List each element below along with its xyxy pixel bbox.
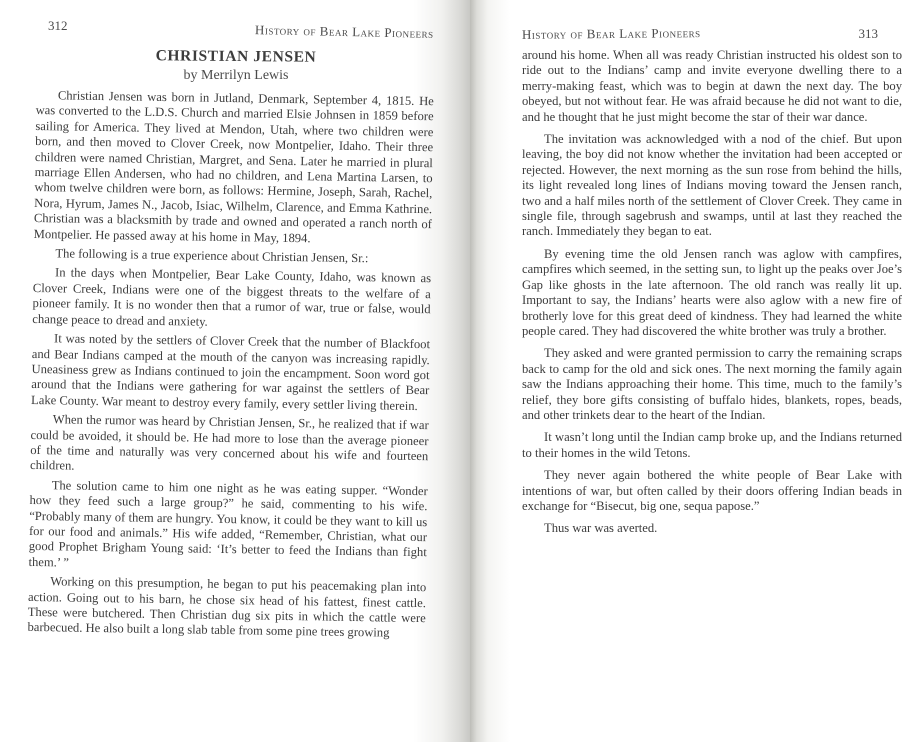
book-spread: 312 History of Bear Lake Pioneers CHRIST… [0, 0, 919, 742]
paragraph: It wasn’t long until the Indian camp bro… [522, 430, 902, 461]
running-title-left: History of Bear Lake Pioneers [255, 22, 434, 42]
right-running-head: History of Bear Lake Pioneers 313 [522, 20, 902, 46]
paragraph: Working on this presumption, he began to… [27, 574, 426, 642]
left-running-head: 312 History of Bear Lake Pioneers [32, 14, 440, 40]
right-body-text: around his home. When all was ready Chri… [522, 48, 902, 537]
paragraph: The invitation was acknowledged with a n… [522, 132, 902, 240]
paragraph: They never again bothered the white peop… [522, 468, 902, 514]
paragraph: By evening time the old Jensen ranch was… [522, 247, 902, 339]
paragraph: It was noted by the settlers of Clover C… [31, 331, 430, 414]
left-body-text: Christian Jensen was born in Jutland, De… [27, 88, 434, 642]
paragraph: The solution came to him one night as he… [28, 478, 427, 577]
paragraph: The following is a true experience about… [33, 246, 431, 268]
continued-paragraph: around his home. When all was ready Chri… [522, 48, 902, 125]
page-number-right: 313 [859, 26, 879, 42]
page-number-left: 312 [48, 18, 68, 34]
paragraph: In the days when Montpelier, Bear Lake C… [32, 265, 431, 333]
running-title-right: History of Bear Lake Pioneers [522, 25, 701, 43]
byline: by Merrilyn Lewis [32, 68, 440, 84]
paragraph: Thus war was averted. [522, 521, 902, 536]
left-page: 312 History of Bear Lake Pioneers CHRIST… [0, 0, 470, 742]
article-title: CHRISTIAN JENSEN [32, 46, 440, 68]
paragraph: Christian Jensen was born in Jutland, De… [34, 88, 434, 248]
paragraph: When the rumor was heard by Christian Je… [30, 412, 429, 480]
paragraph: They asked and were granted permission t… [522, 346, 902, 423]
right-page: History of Bear Lake Pioneers 313 around… [470, 0, 919, 742]
